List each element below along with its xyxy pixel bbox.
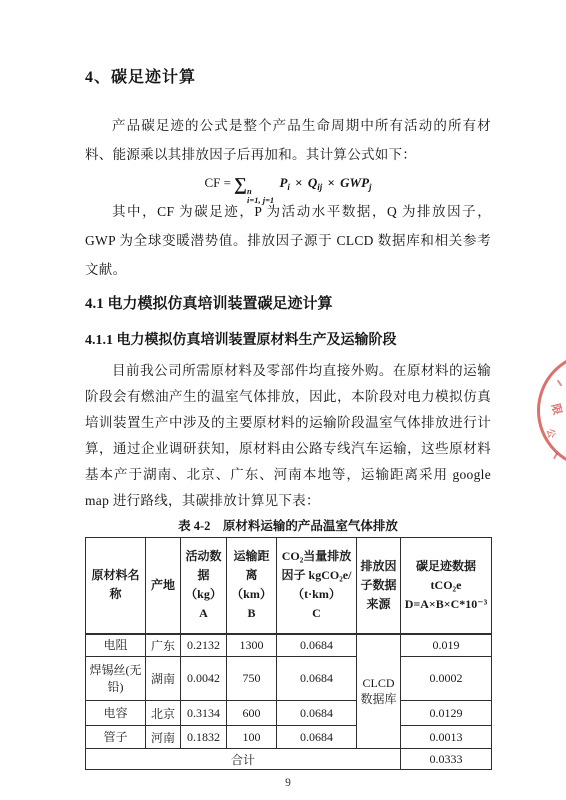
header-line: 碳足迹数据 xyxy=(403,557,489,576)
header-line: A xyxy=(183,604,224,623)
cell-total-value: 0.0333 xyxy=(401,749,492,770)
header-line: 子数据 xyxy=(359,576,398,595)
cell-factor: 0.0684 xyxy=(277,701,357,726)
cell-material-name: 电容 xyxy=(86,701,146,726)
cell-footprint: 0.019 xyxy=(401,634,492,657)
table-row-tube: 管子 河南 0.1832 100 0.0684 0.0013 xyxy=(86,726,492,749)
page-content: 4、碳足迹计算 产品碳足迹的公式是整个产品生命周期中所有活动的所有材料、能源乘以… xyxy=(85,0,491,789)
cell-factor: 0.0684 xyxy=(277,657,357,701)
col-header-factor-source: 排放因 子数据 来源 xyxy=(357,538,401,634)
cell-distance: 100 xyxy=(227,726,277,749)
table-row-capacitor: 电容 北京 0.3134 600 0.0684 0.0129 xyxy=(86,701,492,726)
header-line: （t·km） xyxy=(279,585,354,604)
col-header-material-name: 原材料名 称 xyxy=(86,538,146,634)
cell-material-name: 管子 xyxy=(86,726,146,749)
formula-sub-ij: ij xyxy=(317,182,322,192)
cell-material-name: 电阻 xyxy=(86,634,146,657)
cell-footprint: 0.0129 xyxy=(401,701,492,726)
table-row-solder-wire: 焊锡丝(无铅) 湖南 0.0042 750 0.0684 0.0002 xyxy=(86,657,492,701)
paragraph-formula-explanation: 其中，CF 为碳足迹，P 为活动水平数据，Q 为排放因子，GWP 为全球变暖潜势… xyxy=(85,197,491,284)
multiply-sign: × xyxy=(325,175,336,190)
multiply-sign: × xyxy=(293,175,304,190)
header-line: 运输距 xyxy=(229,547,274,566)
cell-factor: 0.0684 xyxy=(277,726,357,749)
cell-origin: 广东 xyxy=(146,634,181,657)
formula-lhs: CF = xyxy=(204,175,230,190)
seal-mark xyxy=(553,452,558,459)
header-line: 称 xyxy=(88,585,143,604)
source-line: 数据库 xyxy=(359,691,398,707)
col-header-emission-factor: CO₂当量排放 因子 kgCO₂e/ （t·km） C xyxy=(277,538,357,634)
cell-factor: 0.0684 xyxy=(277,634,357,657)
header-line: CO₂当量排放 xyxy=(279,547,354,566)
col-header-transport-distance: 运输距 离（km） B xyxy=(227,538,277,634)
page-number: 9 xyxy=(85,777,491,789)
cell-activity: 0.2132 xyxy=(181,634,227,657)
table-row-resistor: 电阻 广东 0.2132 1300 0.0684 CLCD 数据库 0.019 xyxy=(86,634,492,657)
header-line: tCO₂e xyxy=(403,576,489,595)
header-line: 活动数 xyxy=(183,547,224,566)
header-line: 来源 xyxy=(359,595,398,614)
cell-activity: 0.3134 xyxy=(181,701,227,726)
cell-material-name: 焊锡丝(无铅) xyxy=(86,657,146,701)
cell-footprint: 0.0002 xyxy=(401,657,492,701)
cell-footprint: 0.0013 xyxy=(401,726,492,749)
cell-distance: 600 xyxy=(227,701,277,726)
header-line: 原材料名 xyxy=(88,566,143,585)
cell-factor-source: CLCD 数据库 xyxy=(357,634,401,749)
cell-origin: 北京 xyxy=(146,701,181,726)
section-heading-4-1-1: 4.1.1 电力模拟仿真培训装置原材料生产及运输阶段 xyxy=(85,329,491,349)
formula-sub-j: j xyxy=(369,182,372,192)
table-caption: 表 4-2 原材料运输的产品温室气体排放 xyxy=(85,518,491,535)
cell-total-label: 合计 xyxy=(86,749,401,770)
carbon-footprint-formula: CF = ∑ni=1, j=1 Pi × Qij × GWPj xyxy=(85,170,491,196)
section-heading-4-1: 4.1 电力模拟仿真培训装置碳足迹计算 xyxy=(85,292,491,313)
formula-sub-i: i xyxy=(287,182,290,192)
cell-activity: 0.1832 xyxy=(181,726,227,749)
header-line: 排放因 xyxy=(359,557,398,576)
sigma-sum-symbol: ∑ xyxy=(234,174,247,194)
formula-term-GWP: GWP xyxy=(340,175,369,190)
header-line: 离（km） xyxy=(229,566,274,604)
ghg-emissions-table: 原材料名 称 产地 活动数 据（kg） A 运输距 离（km） B xyxy=(85,537,492,770)
header-line: D=A×B×C*10⁻³ xyxy=(403,595,489,614)
cell-origin: 河南 xyxy=(146,726,181,749)
header-line: 因子 kgCO₂e/ xyxy=(279,566,354,585)
cell-activity: 0.0042 xyxy=(181,657,227,701)
formula-term-Q: Q xyxy=(308,175,317,190)
source-line: CLCD xyxy=(359,675,398,691)
paragraph-transport-description: 目前我公司所需原材料及零部件均直接外购。在原材料的运输阶段会有燃油产生的温室气体… xyxy=(85,358,491,514)
header-line: 据（kg） xyxy=(183,566,224,604)
col-header-footprint-data: 碳足迹数据 tCO₂e D=A×B×C*10⁻³ xyxy=(401,538,492,634)
cell-origin: 湖南 xyxy=(146,657,181,701)
col-header-activity-data: 活动数 据（kg） A xyxy=(181,538,227,634)
header-line: 产地 xyxy=(148,576,178,595)
paragraph-formula-intro: 产品碳足迹的公式是整个产品生命周期中所有活动的所有材料、能源乘以其排放因子后再加… xyxy=(85,111,491,169)
cell-distance: 750 xyxy=(227,657,277,701)
header-line: C xyxy=(279,604,354,623)
col-header-origin: 产地 xyxy=(146,538,181,634)
table-header-row: 原材料名 称 产地 活动数 据（kg） A 运输距 离（km） B xyxy=(86,538,492,634)
header-line: B xyxy=(229,604,274,623)
cell-distance: 1300 xyxy=(227,634,277,657)
document-page: 4、碳足迹计算 产品碳足迹的公式是整个产品生命周期中所有活动的所有材料、能源乘以… xyxy=(0,0,566,800)
section-heading-4: 4、碳足迹计算 xyxy=(85,64,491,87)
table-row-total: 合计 0.0333 xyxy=(86,749,492,770)
